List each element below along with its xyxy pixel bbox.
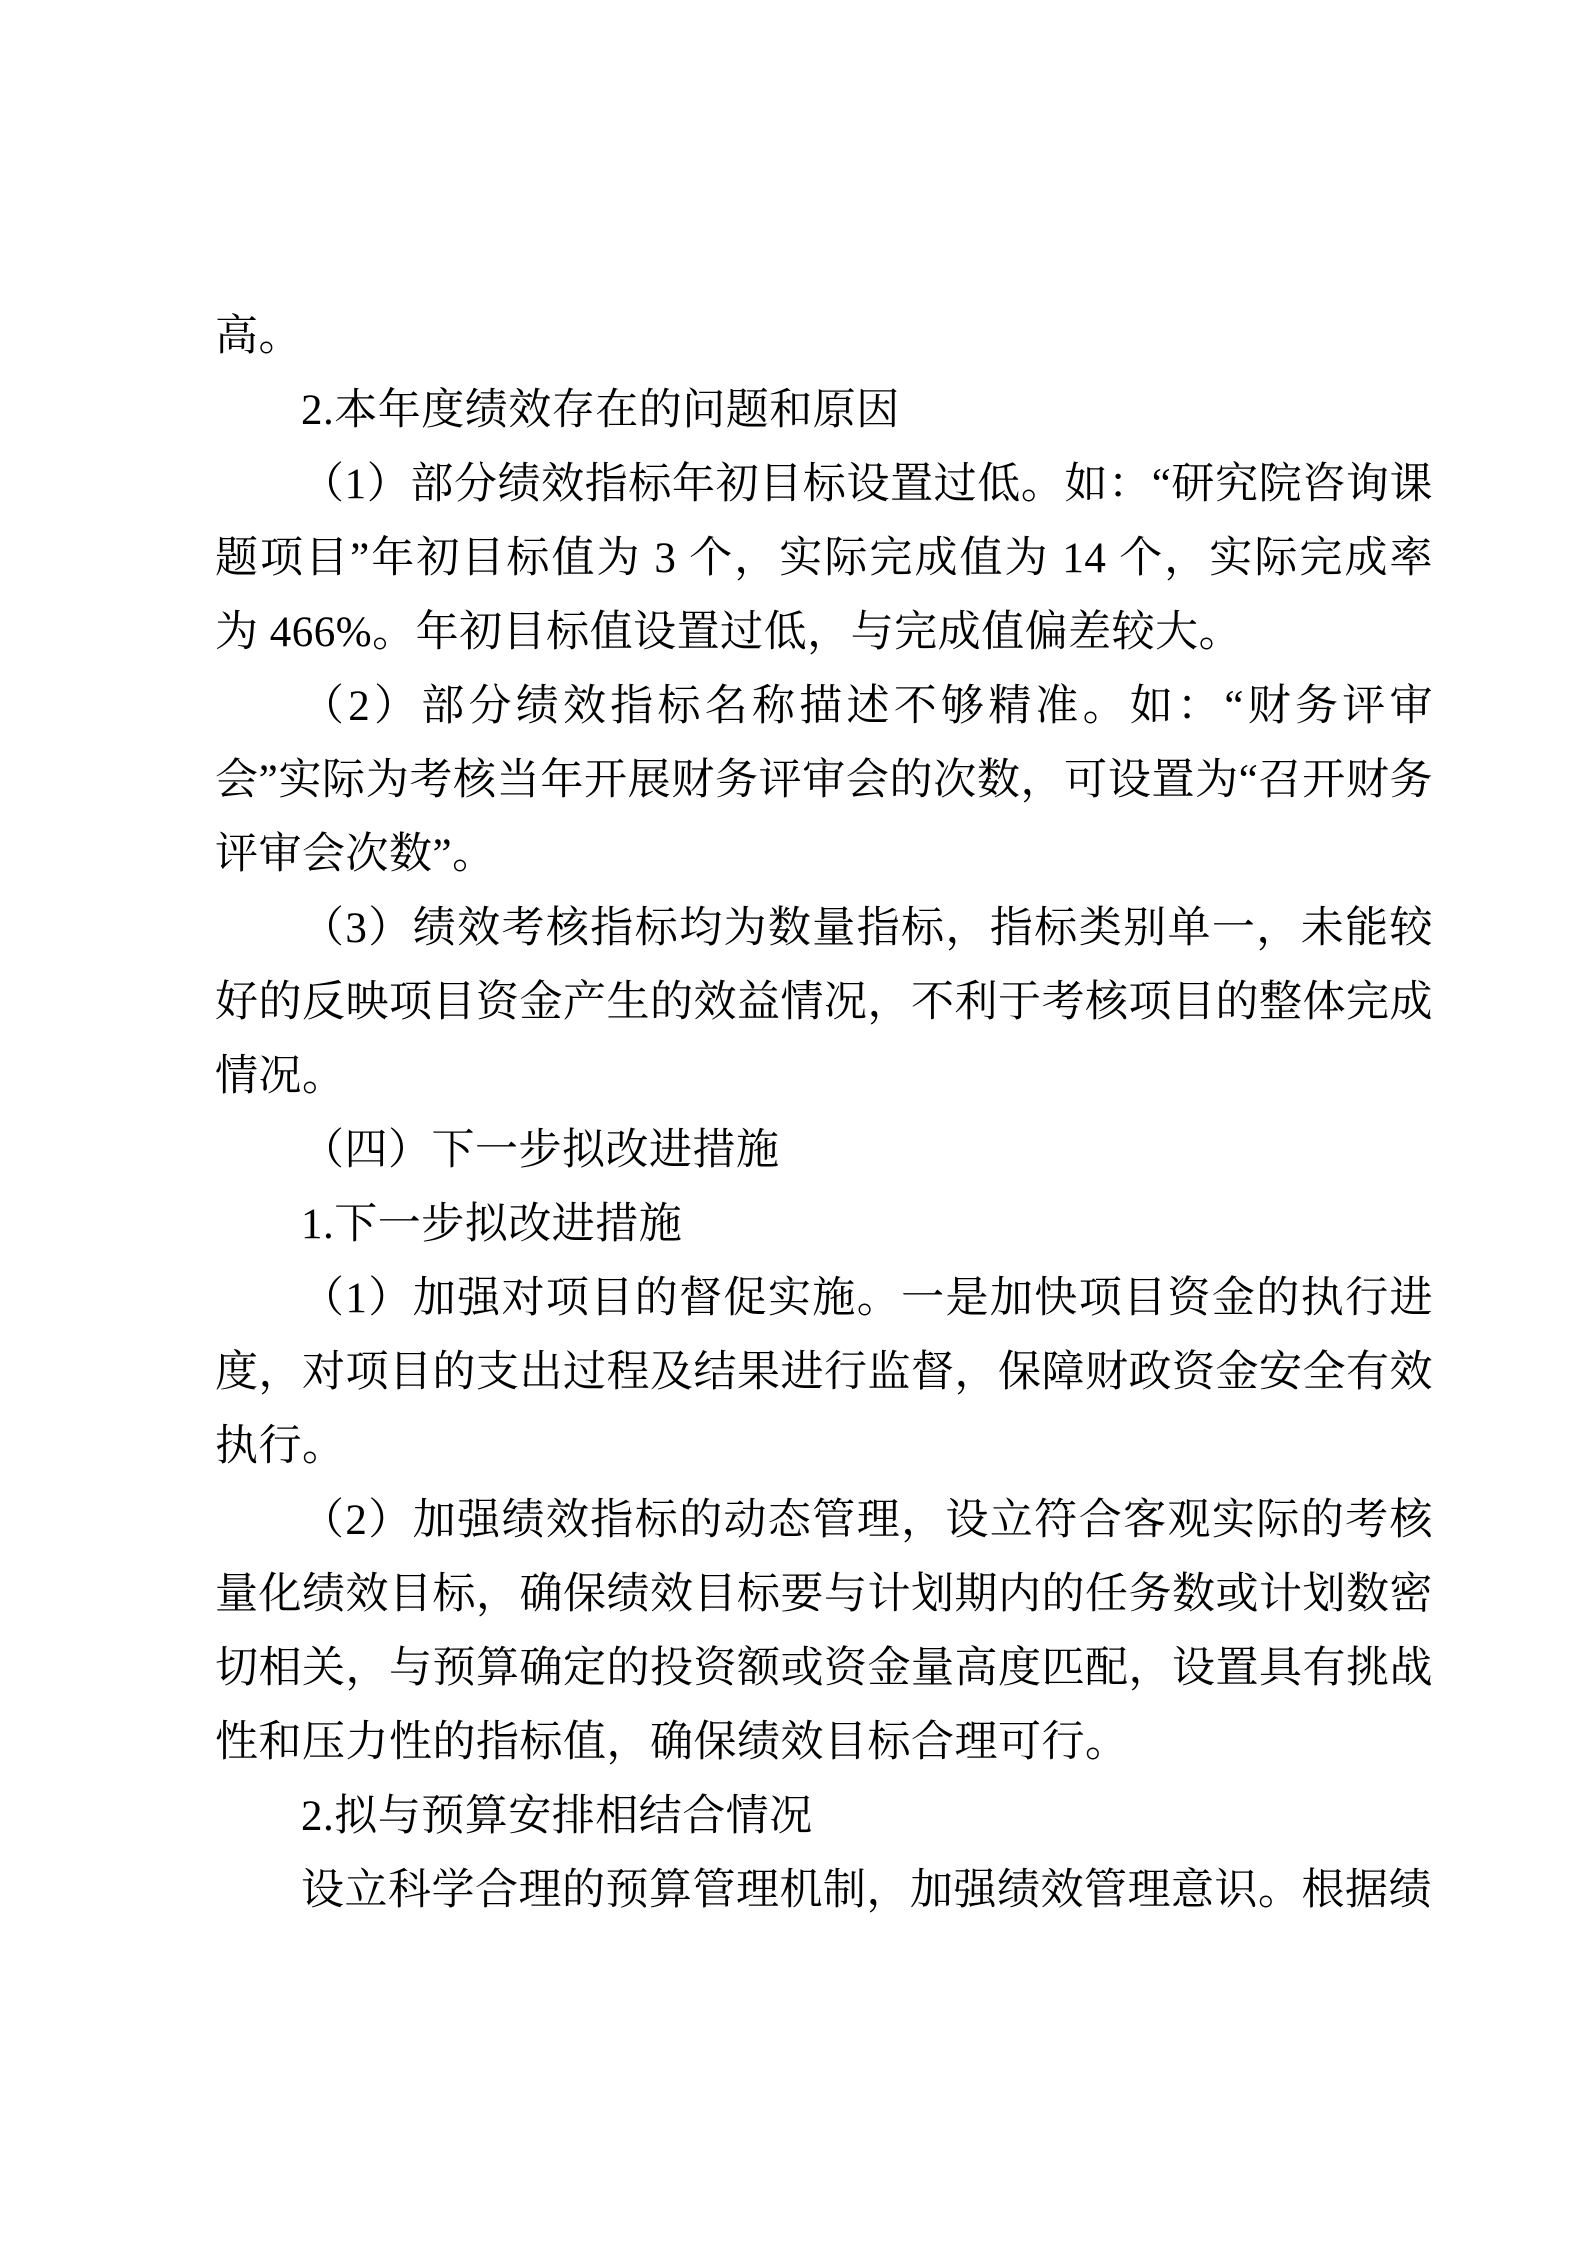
paragraph-problem-2: （2）部分绩效指标名称描述不够精准。如：“财务评审会”实际为考核当年开展财务评审… bbox=[215, 670, 1433, 892]
paragraph-heading-improvements: 1.下一步拟改进措施 bbox=[215, 1188, 1433, 1262]
paragraph-heading-budget-combination: 2.拟与预算安排相结合情况 bbox=[215, 1780, 1433, 1854]
document-body: 高。 2.本年度绩效存在的问题和原因 （1）部分绩效指标年初目标设置过低。如：“… bbox=[215, 300, 1433, 1928]
paragraph-problem-3: （3）绩效考核指标均为数量指标，指标类别单一，未能较好的反映项目资金产生的效益情… bbox=[215, 892, 1433, 1114]
document-page: 高。 2.本年度绩效存在的问题和原因 （1）部分绩效指标年初目标设置过低。如：“… bbox=[0, 0, 1587, 2245]
paragraph-improvement-2: （2）加强绩效指标的动态管理，设立符合客观实际的考核量化绩效目标，确保绩效目标要… bbox=[215, 1484, 1433, 1780]
paragraph-heading-section-4: （四）下一步拟改进措施 bbox=[215, 1114, 1433, 1188]
paragraph-continuation: 高。 bbox=[215, 300, 1433, 374]
paragraph-heading-problems: 2.本年度绩效存在的问题和原因 bbox=[215, 374, 1433, 448]
paragraph-problem-1: （1）部分绩效指标年初目标设置过低。如：“研究院咨询课题项目”年初目标值为 3 … bbox=[215, 448, 1433, 670]
paragraph-improvement-1: （1）加强对项目的督促实施。一是加快项目资金的执行进度，对项目的支出过程及结果进… bbox=[215, 1262, 1433, 1484]
paragraph-budget-mechanism: 设立科学合理的预算管理机制，加强绩效管理意识。根据绩 bbox=[215, 1854, 1433, 1928]
